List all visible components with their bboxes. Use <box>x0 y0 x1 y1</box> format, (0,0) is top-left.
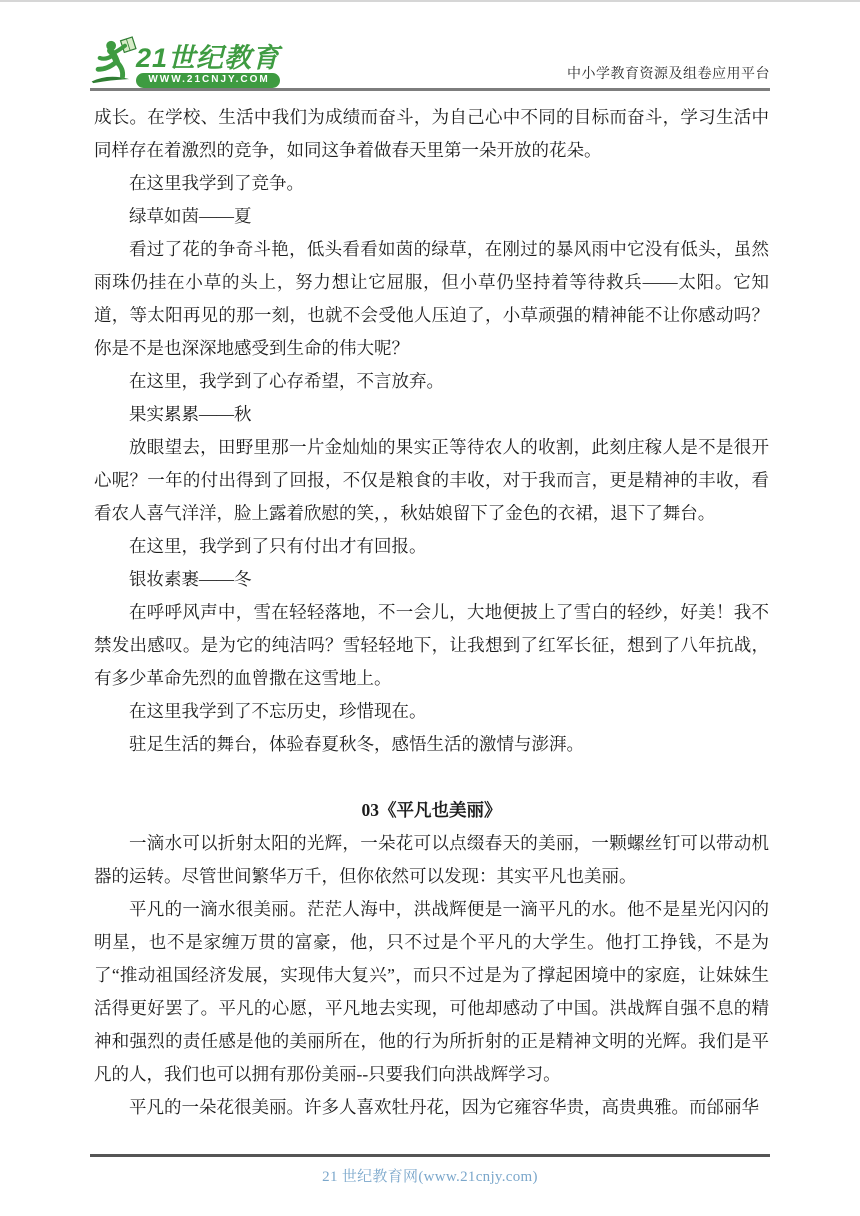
essay-paragraph: 看过了花的争奇斗艳，低头看看如茵的绿草，在刚过的暴风雨中它没有低头，虽然雨珠仍挂… <box>94 233 769 365</box>
brand-name: 21世纪教育 <box>136 45 280 71</box>
document-body: 成长。在学校、生活中我们为成绩而奋斗，为自己心中不同的目标而奋斗，学习生活中同样… <box>94 101 769 1124</box>
essay-paragraph: 绿草如茵——夏 <box>94 200 769 233</box>
essay-paragraph: 一滴水可以折射太阳的光辉，一朵花可以点缀春天的美丽，一颗螺丝钉可以带动机器的运转… <box>94 827 769 893</box>
essay-paragraph: 平凡的一滴水很美丽。茫茫人海中，洪战辉便是一滴平凡的水。他不是星光闪闪的明星，也… <box>94 893 769 1091</box>
essay-paragraph: 果实累累——秋 <box>94 398 769 431</box>
essay-paragraph: 在呼呼风声中，雪在轻轻落地，不一会儿，大地便披上了雪白的轻纱，好美！我不禁发出感… <box>94 596 769 695</box>
essay-section-heading: 03《平凡也美丽》 <box>94 794 769 827</box>
page-footer: 21 世纪教育网(www.21cnjy.com) <box>90 1154 770 1186</box>
essay-paragraph: 银妆素裹——冬 <box>94 563 769 596</box>
document-page: 21世纪教育 WWW.21CNJY.COM 中小学教育资源及组卷应用平台 成长。… <box>0 0 860 1216</box>
essay-paragraph: 在这里我学到了不忘历史，珍惜现在。 <box>94 695 769 728</box>
runner-with-book-icon <box>90 34 142 90</box>
header-tagline: 中小学教育资源及组卷应用平台 <box>567 63 770 88</box>
brand-logo: 21世纪教育 WWW.21CNJY.COM <box>90 34 280 88</box>
essay-paragraph: 在这里，我学到了只有付出才有回报。 <box>94 530 769 563</box>
essay-paragraph: 在这里我学到了竞争。 <box>94 167 769 200</box>
essay-paragraph: 放眼望去，田野里那一片金灿灿的果实正等待农人的收割，此刻庄稼人是不是很开心呢？一… <box>94 431 769 530</box>
page-header: 21世纪教育 WWW.21CNJY.COM 中小学教育资源及组卷应用平台 <box>90 28 770 91</box>
essay-paragraph: 驻足生活的舞台，体验春夏秋冬，感悟生活的激情与澎湃。 <box>94 728 769 761</box>
logo-text: 21世纪教育 WWW.21CNJY.COM <box>136 45 280 88</box>
brand-url-bar: WWW.21CNJY.COM <box>136 73 280 88</box>
essay-paragraph: 成长。在学校、生活中我们为成绩而奋斗，为自己心中不同的目标而奋斗，学习生活中同样… <box>94 101 769 167</box>
essay-paragraph: 在这里，我学到了心存希望，不言放弃。 <box>94 365 769 398</box>
essay-paragraph: 平凡的一朵花很美丽。许多人喜欢牡丹花，因为它雍容华贵，高贵典雅。而邰丽华 <box>94 1091 769 1124</box>
footer-site-link[interactable]: 21 世纪教育网(www.21cnjy.com) <box>322 1169 538 1185</box>
